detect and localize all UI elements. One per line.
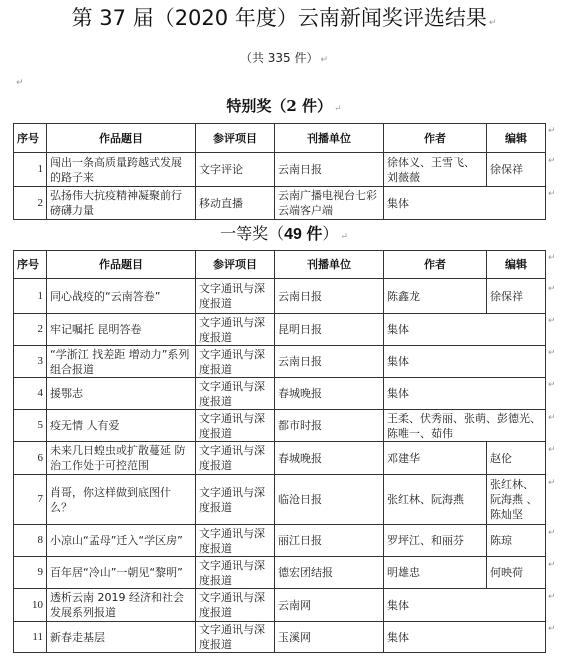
cell-no: 8 xyxy=(14,525,47,557)
table-row: 7 肖哥，你这样做到底图什么？ 文字通讯与深度报道 临沧日报 张红林、阮海燕 张… xyxy=(14,475,546,525)
cell-no: 2 xyxy=(14,314,47,346)
paragraph-mark-icon: ↵ xyxy=(548,189,556,199)
document-title: 第 37 届（2020 年度）云南新闻奖评选结果↵ xyxy=(0,5,568,36)
cell-no: 5 xyxy=(14,410,47,442)
cell-no: 1 xyxy=(14,153,47,187)
cell-outlet: 云南日报 xyxy=(275,279,384,314)
paragraph-mark-icon: ↵ xyxy=(548,624,556,634)
paragraph-mark-icon: ↵ xyxy=(548,380,556,390)
special-award-table: 序号 作品题目 参评项目 刊播单位 作者 编辑 1 闯出一条高质量跨越式发展的路… xyxy=(13,123,546,220)
cell-no: 1 xyxy=(14,279,47,314)
cell-editor: 何映荷 xyxy=(487,557,546,589)
cell-category: 文字通讯与深度报道 xyxy=(196,622,275,653)
cell-outlet: 春城晚报 xyxy=(275,442,384,475)
paragraph-mark-icon: ↵ xyxy=(548,478,556,488)
paragraph-mark-icon: ↵ xyxy=(548,413,556,423)
cell-no: 6 xyxy=(14,442,47,475)
table-row: 8 小凉山“孟母”迁入“学区房” 文字通讯与深度报道 丽江日报 罗坪江、和丽芬 … xyxy=(14,525,546,557)
column-header-editor: 编辑 xyxy=(487,124,546,153)
cell-outlet: 都市时报 xyxy=(275,410,384,442)
cell-no: 10 xyxy=(14,589,47,622)
cell-title: 新春走基层 xyxy=(47,622,196,653)
table-row: 2 弘扬伟大抗疫精神凝聚前行磅礴力量 移动直播 云南广播电视台七彩云端客户端 集… xyxy=(14,187,546,220)
cell-title: “学浙江 找差距 增动力”系列组合报道 xyxy=(47,346,196,378)
column-header-title: 作品题目 xyxy=(47,124,196,153)
cell-outlet: 云南网 xyxy=(275,589,384,622)
cell-no: 11 xyxy=(14,622,47,653)
cell-author: 明雄忠 xyxy=(384,557,487,589)
table-row: 6 未来几日蝗虫或扩散蔓延 防治工作处于可控范围 文字通讯与深度报道 春城晚报 … xyxy=(14,442,546,475)
cell-author: 集体 xyxy=(384,187,546,220)
cell-editor: 陈琼 xyxy=(487,525,546,557)
cell-title: 肖哥，你这样做到底图什么？ xyxy=(47,475,196,525)
cell-author: 集体 xyxy=(384,589,546,622)
paragraph-mark-icon: ↵ xyxy=(548,156,556,166)
column-header-title: 作品题目 xyxy=(47,251,196,279)
cell-category: 文字通讯与深度报道 xyxy=(196,442,275,475)
cell-editor: 徐保祥 xyxy=(487,279,546,314)
cell-editor: 张红林、阮海燕 、陈灿坚 xyxy=(487,475,546,525)
cell-author: 徐体义、王雪飞、刘薇薇 xyxy=(384,153,487,187)
paragraph-mark-icon: ↵ xyxy=(321,55,329,65)
cell-author: 王柔、伏秀丽、张萌、彭德光、陈唯一、茹伟 xyxy=(384,410,546,442)
column-header-editor: 编辑 xyxy=(487,251,546,279)
paragraph-mark-icon: ↵ xyxy=(489,18,497,28)
table-header-row: 序号 作品题目 参评项目 刊播单位 作者 编辑 xyxy=(14,124,546,153)
cell-no: 4 xyxy=(14,378,47,410)
cell-title: 疫无情 人有爱 xyxy=(47,410,196,442)
cell-title: 透析云南 2019 经济和社会发展系列报道 xyxy=(47,589,196,622)
cell-category: 移动直播 xyxy=(196,187,275,220)
cell-author: 张红林、阮海燕 xyxy=(384,475,487,525)
paragraph-mark-icon: ↵ xyxy=(548,560,556,570)
cell-author: 集体 xyxy=(384,622,546,653)
paragraph-mark-icon: ↵ xyxy=(548,253,556,263)
column-header-author: 作者 xyxy=(384,251,487,279)
cell-editor: 赵伦 xyxy=(487,442,546,475)
cell-author: 集体 xyxy=(384,346,546,378)
table-row: 1 闯出一条高质量跨越式发展的路子来 文字评论 云南日报 徐体义、王雪飞、刘薇薇… xyxy=(14,153,546,187)
document-subtitle: （共 335 件）↵ xyxy=(0,50,568,68)
column-header-outlet: 刊播单位 xyxy=(275,124,384,153)
cell-outlet: 丽江日报 xyxy=(275,525,384,557)
column-header-seq: 序号 xyxy=(14,124,47,153)
column-header-category: 参评项目 xyxy=(196,251,275,279)
cell-author: 陈鑫龙 xyxy=(384,279,487,314)
paragraph-mark-icon: ↵ xyxy=(548,316,556,326)
cell-category: 文字通讯与深度报道 xyxy=(196,378,275,410)
cell-outlet: 云南日报 xyxy=(275,153,384,187)
cell-outlet: 昆明日报 xyxy=(275,314,384,346)
paragraph-mark-icon: ↵ xyxy=(340,232,348,242)
cell-category: 文字评论 xyxy=(196,153,275,187)
cell-outlet: 云南日报 xyxy=(275,346,384,378)
paragraph-mark-icon: ↵ xyxy=(548,284,556,294)
cell-no: 7 xyxy=(14,475,47,525)
cell-category: 文字通讯与深度报道 xyxy=(196,279,275,314)
cell-title: 援鄂志 xyxy=(47,378,196,410)
cell-outlet: 德宏团结报 xyxy=(275,557,384,589)
paragraph-mark-icon: ↵ xyxy=(548,126,556,136)
cell-title: 未来几日蝗虫或扩散蔓延 防治工作处于可控范围 xyxy=(47,442,196,475)
paragraph-mark-icon: ↵ xyxy=(548,348,556,358)
cell-no: 3 xyxy=(14,346,47,378)
paragraph-mark-icon: ↵ xyxy=(548,528,556,538)
column-header-seq: 序号 xyxy=(14,251,47,279)
column-header-author: 作者 xyxy=(384,124,487,153)
table-row: 9 百年居“冷山”一朝见“黎明” 文字通讯与深度报道 德宏团结报 明雄忠 何映荷 xyxy=(14,557,546,589)
table-row: 2 牢记嘱托 昆明答卷 文字通讯与深度报道 昆明日报 集体 xyxy=(14,314,546,346)
cell-title: 牢记嘱托 昆明答卷 xyxy=(47,314,196,346)
cell-outlet: 春城晚报 xyxy=(275,378,384,410)
cell-category: 文字通讯与深度报道 xyxy=(196,314,275,346)
cell-outlet: 临沧日报 xyxy=(275,475,384,525)
cell-outlet: 玉溪网 xyxy=(275,622,384,653)
table-row: 11 新春走基层 文字通讯与深度报道 玉溪网 集体 xyxy=(14,622,546,653)
cell-title: 闯出一条高质量跨越式发展的路子来 xyxy=(47,153,196,187)
first-award-heading: 一等奖（49 件）↵ xyxy=(0,224,568,247)
cell-title: 同心战疫的“云南答卷” xyxy=(47,279,196,314)
cell-category: 文字通讯与深度报道 xyxy=(196,557,275,589)
cell-title: 小凉山“孟母”迁入“学区房” xyxy=(47,525,196,557)
table-row: 5 疫无情 人有爱 文字通讯与深度报道 都市时报 王柔、伏秀丽、张萌、彭德光、陈… xyxy=(14,410,546,442)
table-row: 3 “学浙江 找差距 增动力”系列组合报道 文字通讯与深度报道 云南日报 集体 xyxy=(14,346,546,378)
cell-category: 文字通讯与深度报道 xyxy=(196,475,275,525)
column-header-outlet: 刊播单位 xyxy=(275,251,384,279)
column-header-category: 参评项目 xyxy=(196,124,275,153)
cell-author: 集体 xyxy=(384,314,546,346)
cell-category: 文字通讯与深度报道 xyxy=(196,589,275,622)
paragraph-mark-icon: ↵ xyxy=(548,592,556,602)
cell-category: 文字通讯与深度报道 xyxy=(196,525,275,557)
cell-no: 2 xyxy=(14,187,47,220)
special-award-heading: 特别奖（2 件）↵ xyxy=(0,96,568,119)
cell-outlet: 云南广播电视台七彩云端客户端 xyxy=(275,187,384,220)
cell-category: 文字通讯与深度报道 xyxy=(196,346,275,378)
cell-author: 罗坪江、和丽芬 xyxy=(384,525,487,557)
cell-author: 集体 xyxy=(384,378,546,410)
table-row: 1 同心战疫的“云南答卷” 文字通讯与深度报道 云南日报 陈鑫龙 徐保祥 xyxy=(14,279,546,314)
table-row: 10 透析云南 2019 经济和社会发展系列报道 文字通讯与深度报道 云南网 集… xyxy=(14,589,546,622)
table-header-row: 序号 作品题目 参评项目 刊播单位 作者 编辑 xyxy=(14,251,546,279)
cell-title: 百年居“冷山”一朝见“黎明” xyxy=(47,557,196,589)
paragraph-mark-icon: ↵ xyxy=(548,445,556,455)
first-award-table: 序号 作品题目 参评项目 刊播单位 作者 编辑 1 同心战疫的“云南答卷” 文字… xyxy=(13,250,546,653)
cell-editor: 徐保祥 xyxy=(487,153,546,187)
cell-author: 邓建华 xyxy=(384,442,487,475)
paragraph-mark-icon: ↵ xyxy=(16,78,24,88)
paragraph-mark-icon: ↵ xyxy=(334,104,342,114)
cell-category: 文字通讯与深度报道 xyxy=(196,410,275,442)
cell-no: 9 xyxy=(14,557,47,589)
table-row: 4 援鄂志 文字通讯与深度报道 春城晚报 集体 xyxy=(14,378,546,410)
cell-title: 弘扬伟大抗疫精神凝聚前行磅礴力量 xyxy=(47,187,196,220)
